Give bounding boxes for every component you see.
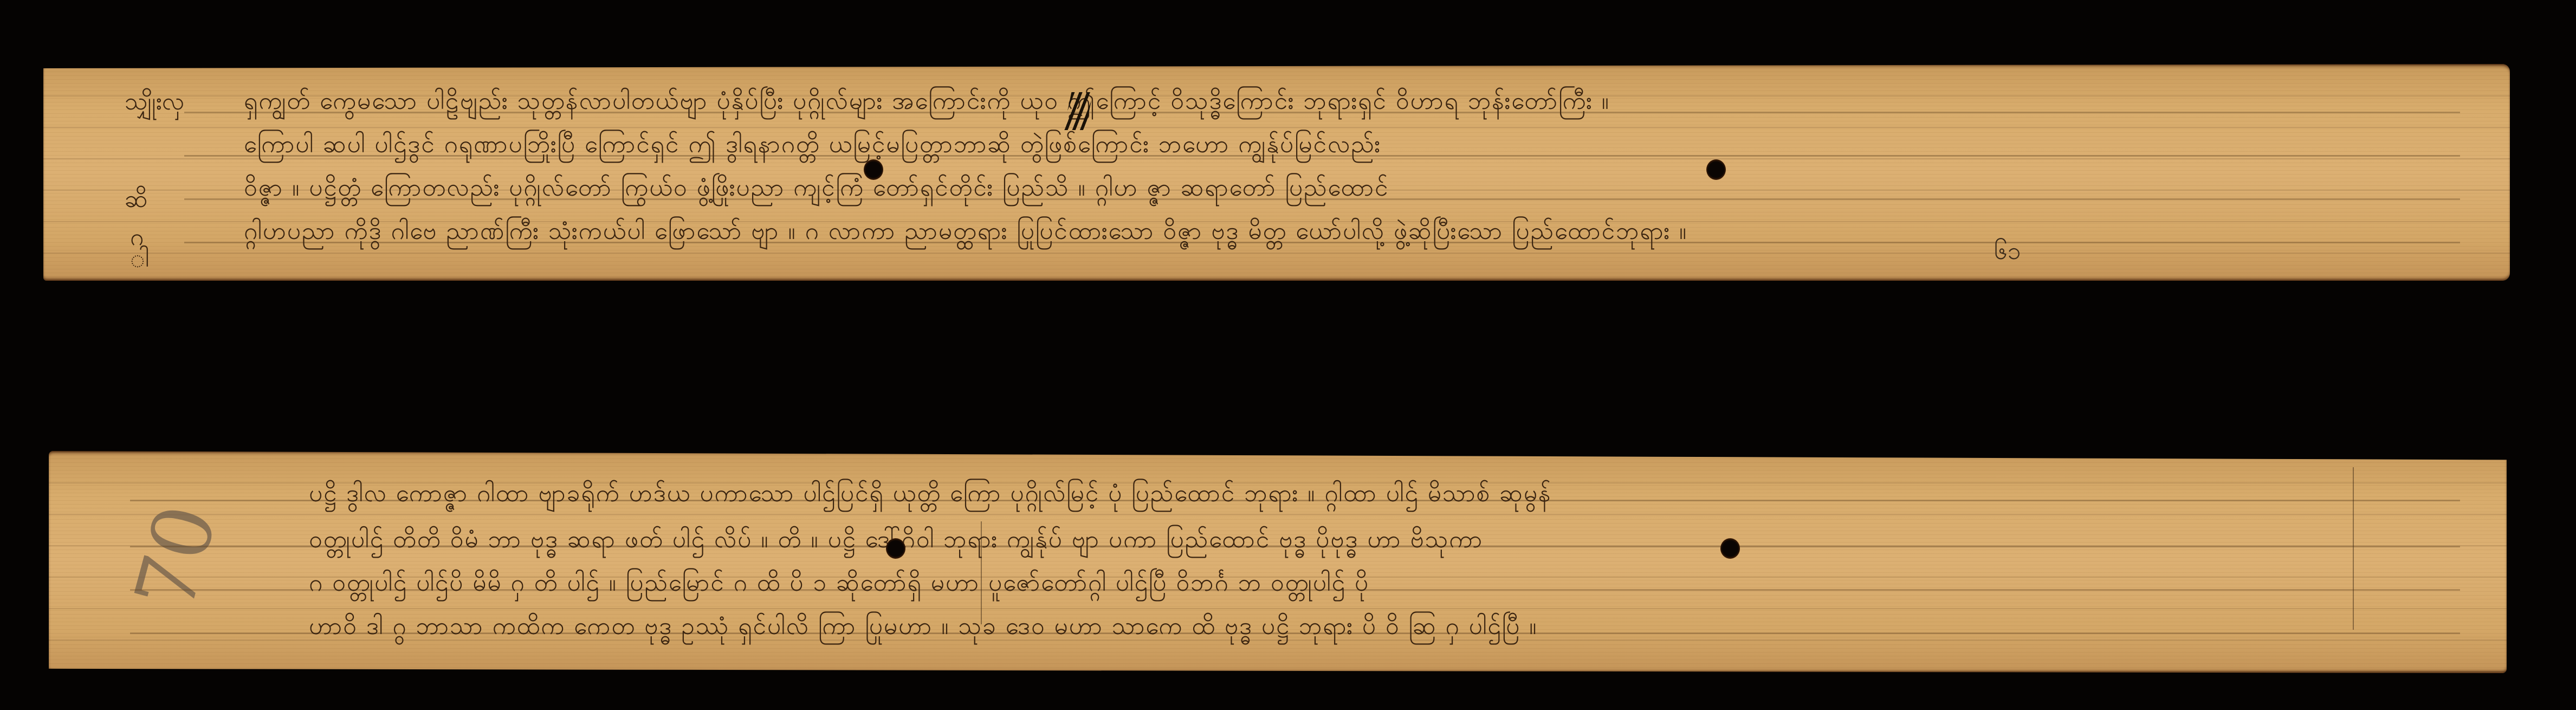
margin-label: ဆိ xyxy=(125,183,148,216)
text-line: ဝိဇ္ဇာ ။ ပဋ္ဌိတ္တံ ကြောတလည်း ပုဂ္ဂိုလ်တေ… xyxy=(244,167,2303,209)
string-hole xyxy=(864,159,883,180)
text-line: ဟာဝိ ဒါ ဂွ ဘာသာ ကထိက ဂောတ ဗုဒ္ဓ ဥဿုံ ရှင… xyxy=(309,605,2352,648)
folio-number: ၆၁ xyxy=(1994,236,2021,271)
palm-leaf-folio-bottom: 70 ပဋ္ဌိ ဒွါလ ကောဇ္ဇာ ဂါထာ ဗျာခရိုက် ဟဒ်… xyxy=(49,451,2507,673)
palm-leaf-folio-top: သျှိုးလှ ဆိ ဂ ါ ရှကျွတ် ကွေမသော ပါဠိဗျည်… xyxy=(43,64,2510,281)
string-hole xyxy=(1720,538,1740,559)
column-divider xyxy=(2353,467,2354,630)
text-line: ရှကျွတ် ကွေမသော ပါဠိဗျည်း သုတ္တန်လာပါတယ်… xyxy=(244,80,2303,122)
margin-label: ါ xyxy=(130,243,149,275)
text-line: ဝတ္တုပါဌ် တိတိ ဝိမံ ဘာ ဗုဒ္ဓ ဆရာ ဖတ် ပါဌ… xyxy=(309,519,2352,561)
text-line: ဂ ဝတ္တုပါဌ် ပါဌ်ပိ မိမိ ဂှ တိ ပါဌ် ။ ပြည… xyxy=(309,562,2352,604)
string-hole xyxy=(1706,159,1726,180)
margin-label: သျှိုးလှ xyxy=(125,86,184,118)
pencil-folio-label: 70 xyxy=(118,495,235,619)
string-hole xyxy=(886,538,905,559)
text-line: ပဋ္ဌိ ဒွါလ ကောဇ္ဇာ ဂါထာ ဗျာခရိုက် ဟဒ်ယ ပ… xyxy=(309,473,2352,515)
text-line: ကြောပါ ဆပါ ပါဌ်ဒွင် ဂရုဏာပဘြိုးပြီ ကြောင… xyxy=(244,124,2303,166)
